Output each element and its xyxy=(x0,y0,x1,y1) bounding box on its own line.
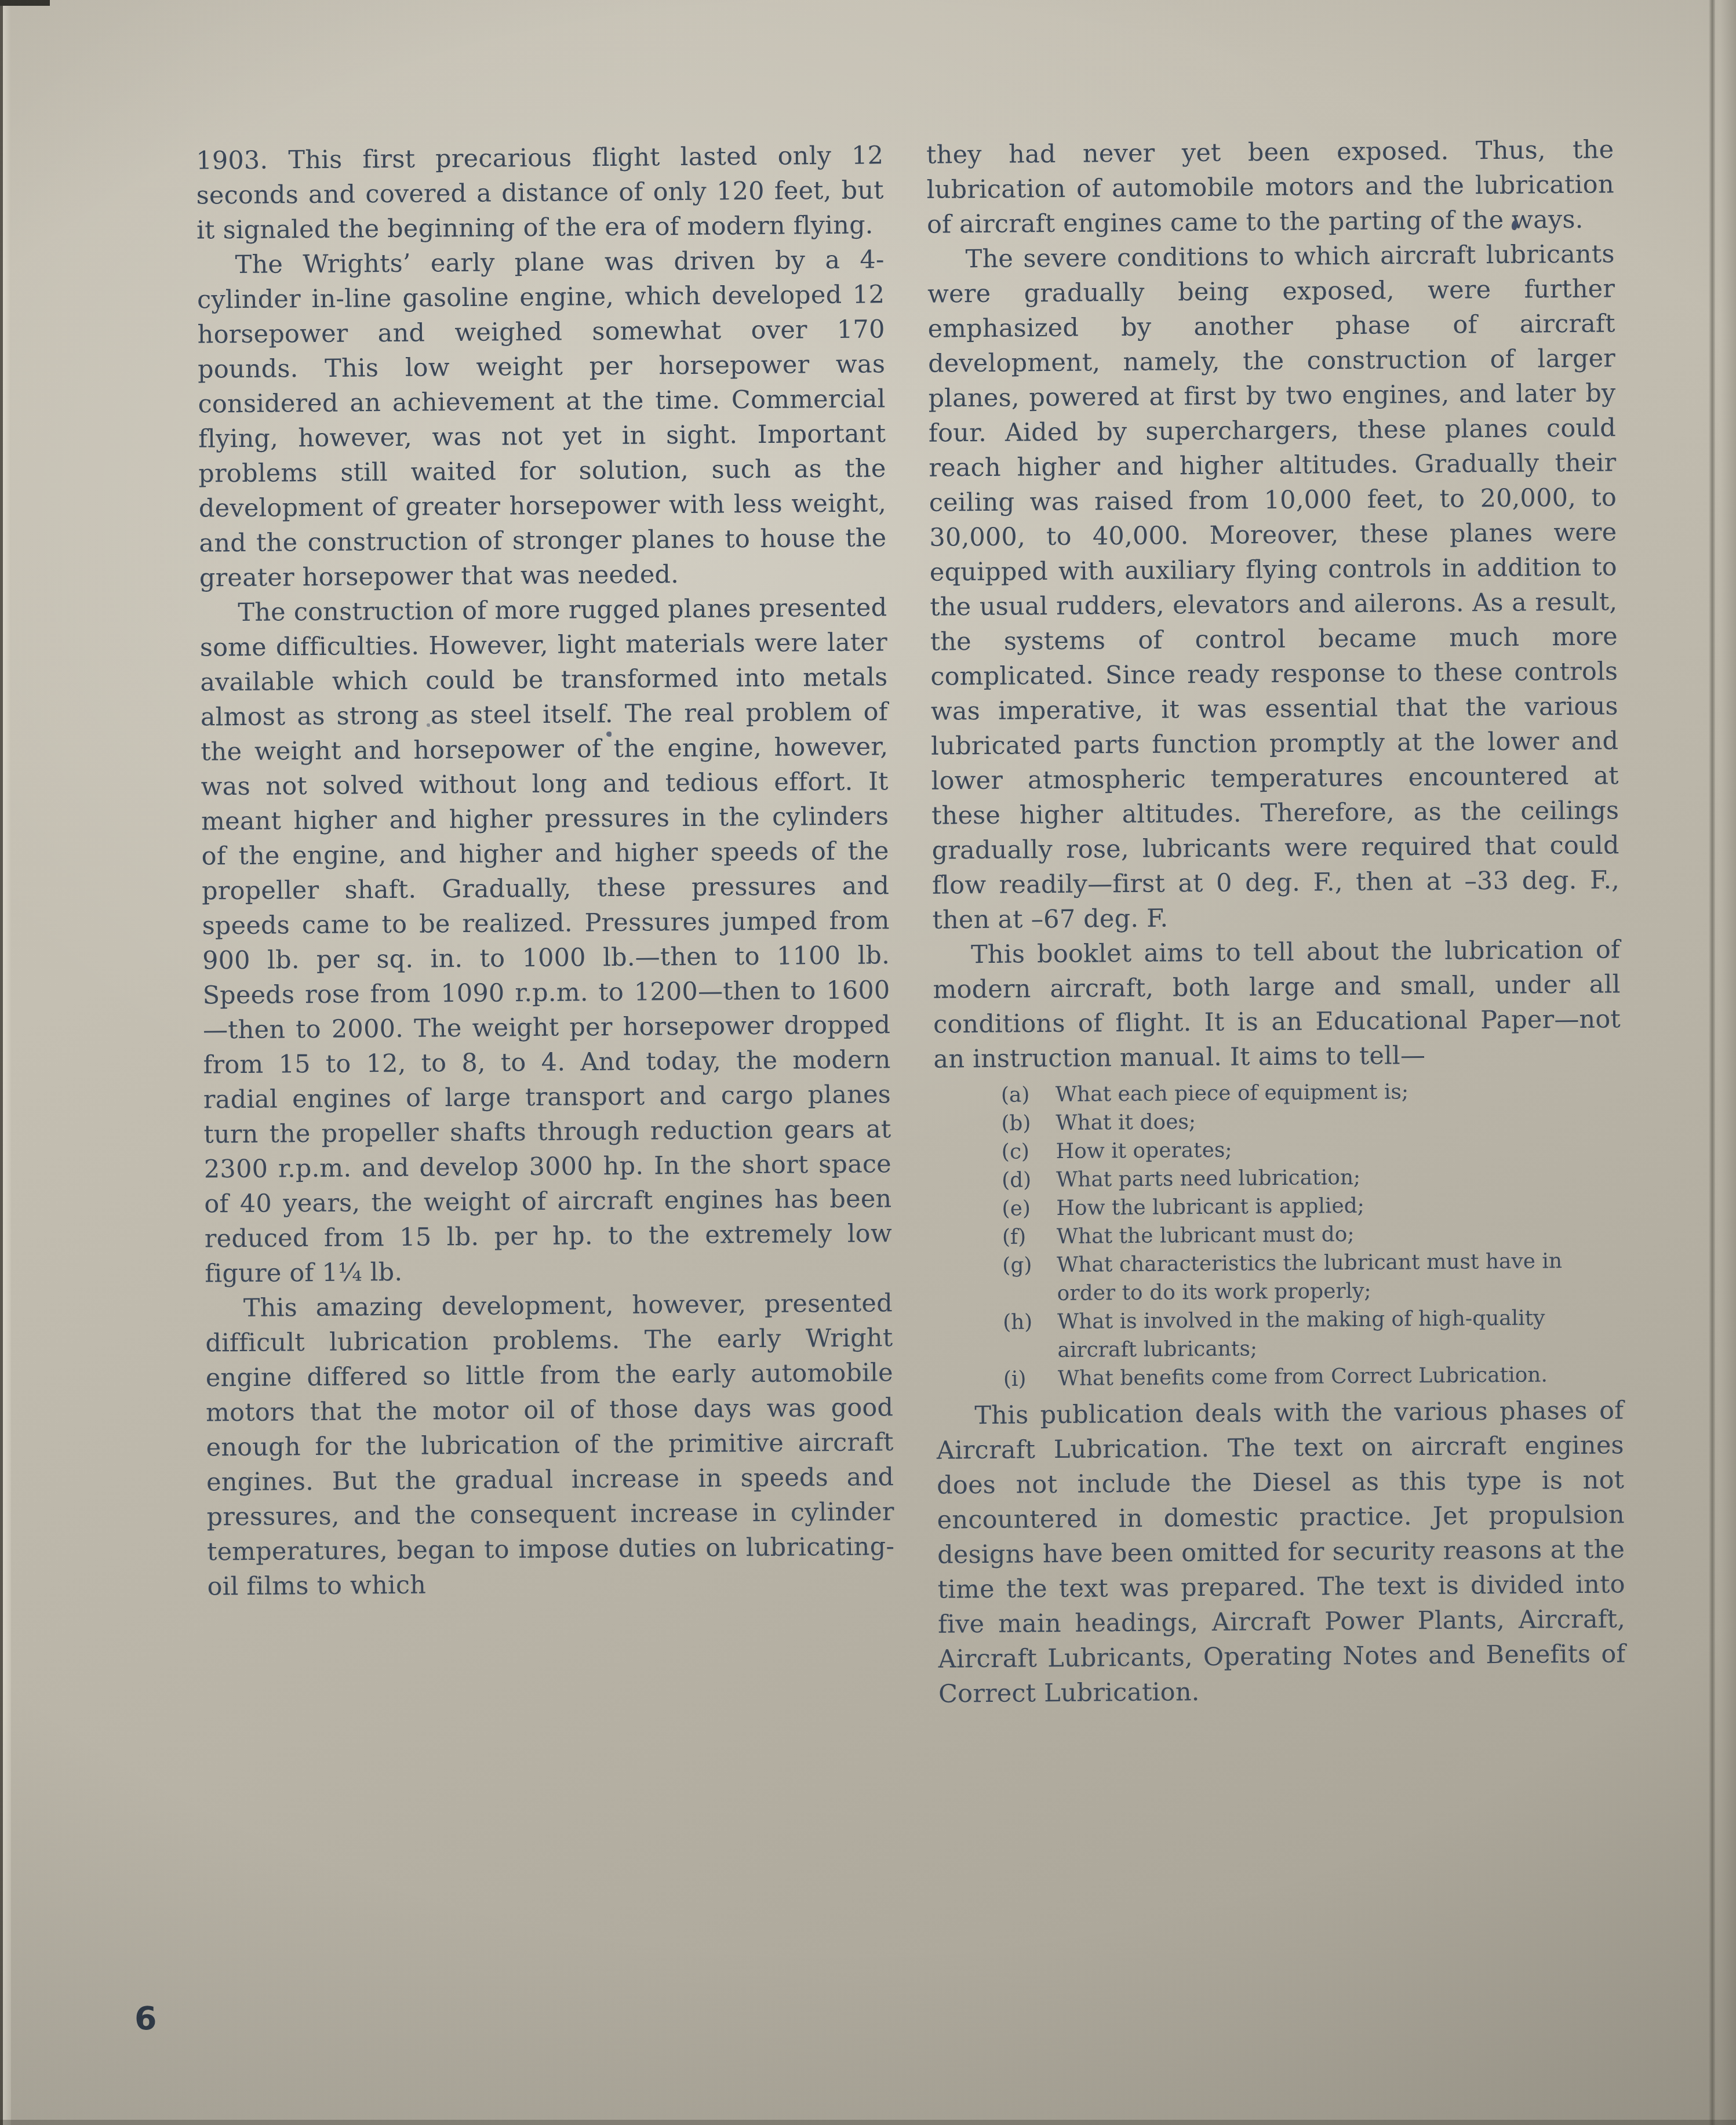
list-item-label: (e) xyxy=(1002,1194,1056,1223)
list-item-label: (c) xyxy=(1002,1137,1056,1166)
aims-list: (a) What each piece of equipment is; (b)… xyxy=(1001,1076,1624,1393)
list-item-label: (i) xyxy=(1003,1364,1058,1393)
paragraph: The severe conditions to which aircraft … xyxy=(927,236,1619,937)
list-item-text: How it operates; xyxy=(1056,1133,1622,1166)
page-edge-left-highlight xyxy=(3,0,11,2125)
list-item-text: What characteristics the lubricant must … xyxy=(1057,1246,1623,1308)
right-column: they had never yet been exposed. Thus, t… xyxy=(926,132,1626,1711)
list-item-text: What parts need lubrication; xyxy=(1056,1161,1622,1194)
page-fold-line xyxy=(1709,0,1715,2125)
list-item: (g) What characteristics the lubricant m… xyxy=(1002,1246,1623,1308)
page-edge-right-shadow xyxy=(1720,0,1736,2125)
list-item: (i) What benefits come from Correct Lubr… xyxy=(1003,1360,1624,1393)
list-item-label: (h) xyxy=(1003,1308,1057,1337)
left-column: 1903. This first precarious flight laste… xyxy=(196,138,896,1717)
paragraph: The construction of more rugged planes p… xyxy=(199,590,892,1291)
paragraph: This amazing development, however, prese… xyxy=(205,1286,895,1604)
page-edge-bottom-shadow xyxy=(0,2120,1736,2125)
list-item: (b) What it does; xyxy=(1001,1104,1621,1137)
paragraph: 1903. This first precarious flight laste… xyxy=(196,138,884,248)
list-item-text: What the lubricant must do; xyxy=(1057,1218,1622,1251)
list-item-label: (d) xyxy=(1002,1166,1056,1195)
list-item-text: What each piece of equipment is; xyxy=(1056,1076,1621,1109)
list-item: (e) How the lubricant is applied; xyxy=(1002,1189,1622,1222)
ink-speck xyxy=(427,723,430,727)
paragraph: The Wrights’ early plane was driven by a… xyxy=(196,242,887,595)
list-item-text: What it does; xyxy=(1056,1104,1621,1137)
ink-speck xyxy=(606,732,612,737)
list-item: (a) What each piece of equipment is; xyxy=(1001,1076,1621,1109)
list-item: (f) What the lubricant must do; xyxy=(1002,1218,1622,1251)
list-item-label: (f) xyxy=(1002,1222,1057,1251)
text-columns: 1903. This first precarious flight laste… xyxy=(196,132,1626,1717)
scanned-book-page: 1903. This first precarious flight laste… xyxy=(0,0,1736,2125)
list-item-text: What benefits come from Correct Lubricat… xyxy=(1058,1360,1624,1393)
list-item-label: (a) xyxy=(1001,1080,1056,1109)
list-item: (h) What is involved in the making of hi… xyxy=(1003,1303,1624,1364)
page-number: 6 xyxy=(134,2000,157,2037)
list-item: (d) What parts need lubrication; xyxy=(1002,1161,1622,1194)
paragraph: This publication deals with the various … xyxy=(936,1393,1626,1711)
list-item-text: What is involved in the making of high-q… xyxy=(1057,1303,1624,1364)
paragraph: This booklet aims to tell about the lubr… xyxy=(933,932,1621,1076)
list-item-text: How the lubricant is applied; xyxy=(1056,1189,1622,1222)
scan-corner-mark xyxy=(0,0,50,6)
list-item-label: (b) xyxy=(1001,1109,1056,1138)
list-item: (c) How it operates; xyxy=(1002,1133,1622,1166)
list-item-label: (g) xyxy=(1002,1251,1057,1280)
